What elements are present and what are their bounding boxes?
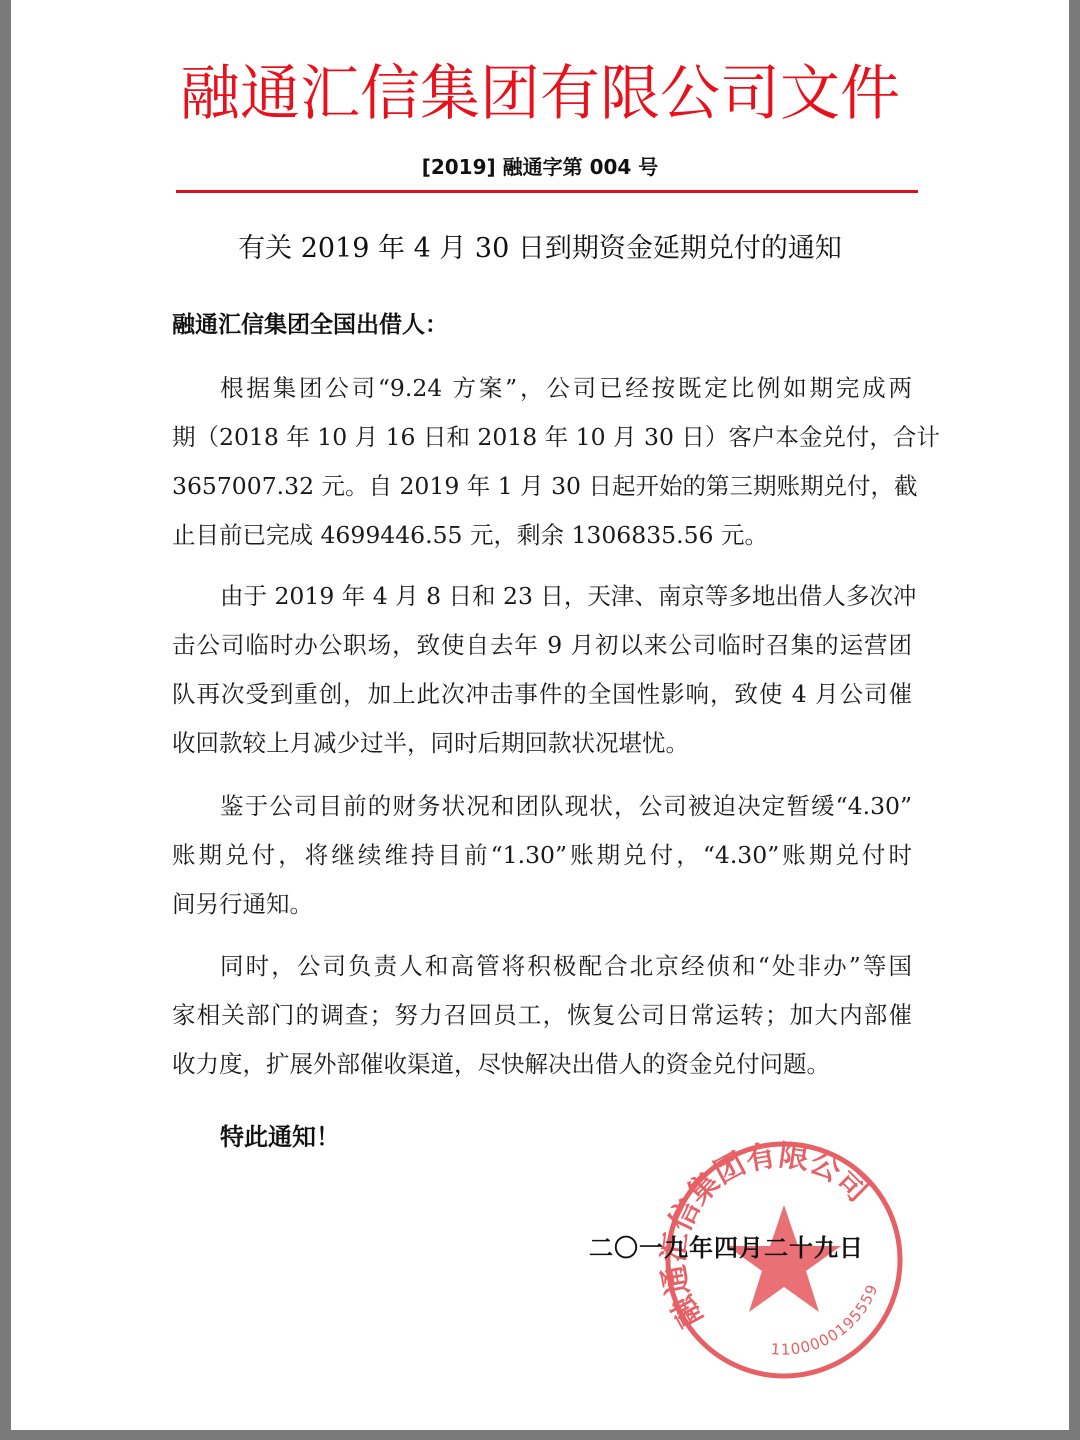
paragraph-line: 间另行通知。 xyxy=(172,880,912,929)
document-number: [2019] 融通字第 004 号 xyxy=(11,154,1069,180)
paragraph-line: 账期兑付，将继续维持目前“1.30”账期兑付，“4.30”账期兑付时 xyxy=(172,831,912,880)
svg-text:1100000195559: 1100000195559 xyxy=(770,1281,882,1358)
paragraph-line: 收回款较上月减少过半，同时后期回款状况堪忧。 xyxy=(172,719,912,768)
paragraph-2: 由于 2019 年 4 月 8 日和 23 日，天津、南京等多地出借人多次冲 击… xyxy=(172,572,912,768)
document-page: 融通汇信集团有限公司文件 [2019] 融通字第 004 号 有关 2019 年… xyxy=(11,0,1069,1430)
paragraph-line: 3657007.32 元。自 2019 年 1 月 30 日起开始的第三期账期兑… xyxy=(172,462,912,511)
paragraph-4: 同时，公司负责人和高管将积极配合北京经侦和“处非办”等国 家相关部门的调查；努力… xyxy=(172,942,912,1089)
paragraph-line: 鉴于公司目前的财务状况和团队现状，公司被迫决定暂缓“4.30” xyxy=(172,782,912,831)
letterhead-title: 融通汇信集团有限公司文件 xyxy=(11,56,1069,132)
seal-number: 1100000195559 xyxy=(770,1281,882,1358)
notice-title: 有关 2019 年 4 月 30 日到期资金延期兑付的通知 xyxy=(11,232,1069,266)
paragraph-line: 止目前已完成 4699446.55 元，剩余 1306835.56 元。 xyxy=(172,511,912,560)
issue-date: 二〇一九年四月二十九日 xyxy=(589,1232,864,1264)
paragraph-line: 家相关部门的调查；努力召回员工，恢复公司日常运转；加大内部催 xyxy=(172,991,912,1040)
salutation: 融通汇信集团全国出借人： xyxy=(172,310,448,340)
paragraph-line: 期（2018 年 10 月 16 日和 2018 年 10 月 30 日）客户本… xyxy=(172,413,912,462)
closing-remark: 特此通知！ xyxy=(220,1120,340,1154)
paragraph-line: 根据集团公司“9.24 方案”，公司已经按既定比例如期完成两 xyxy=(172,364,912,413)
paragraph-1: 根据集团公司“9.24 方案”，公司已经按既定比例如期完成两 期（2018 年 … xyxy=(172,364,912,560)
paragraph-line: 击公司临时办公职场，致使自去年 9 月初以来公司临时召集的运营团 xyxy=(172,621,912,670)
paragraph-3: 鉴于公司目前的财务状况和团队现状，公司被迫决定暂缓“4.30” 账期兑付，将继续… xyxy=(172,782,912,929)
paragraph-line: 同时，公司负责人和高管将积极配合北京经侦和“处非办”等国 xyxy=(172,942,912,991)
paragraph-line: 队再次受到重创，加上此次冲击事件的全国性影响，致使 4 月公司催 xyxy=(172,670,912,719)
red-divider xyxy=(176,190,918,193)
paragraph-line: 收力度，扩展外部催收渠道，尽快解决出借人的资金兑付问题。 xyxy=(172,1040,912,1089)
paragraph-line: 由于 2019 年 4 月 8 日和 23 日，天津、南京等多地出借人多次冲 xyxy=(172,572,912,621)
